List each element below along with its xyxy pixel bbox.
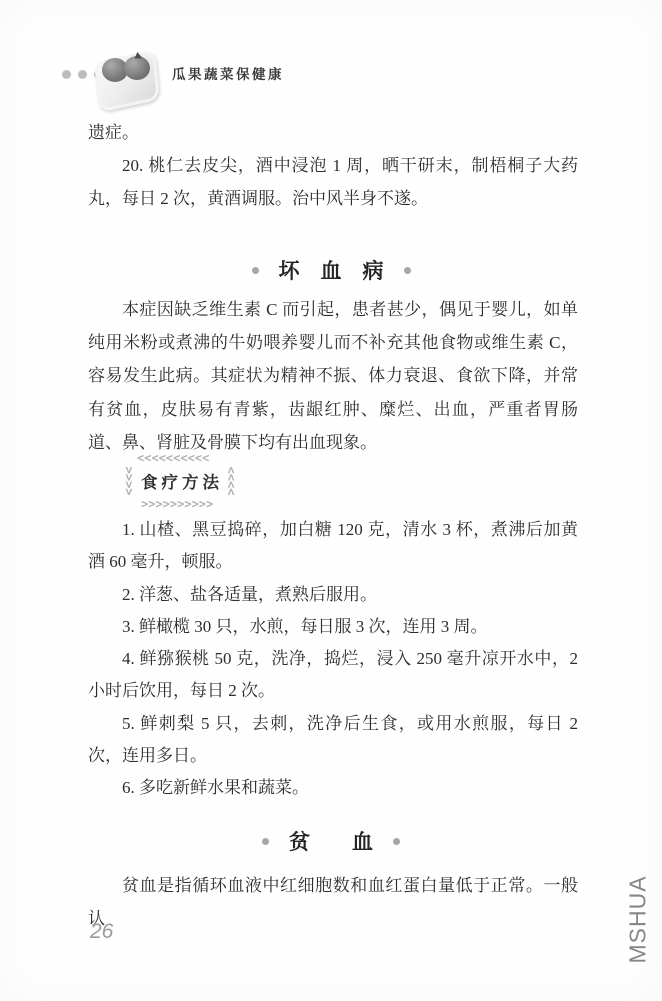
- page-number: 26: [90, 920, 113, 944]
- remedy-item: 1. 山楂、黑豆捣碎，加白糖 120 克，清水 3 杯，煮沸后加黄酒 60 毫升…: [88, 514, 578, 579]
- remedy-item: 4. 鲜猕猴桃 50 克，洗净，捣烂，浸入 250 毫升凉开水中，2 小时后饮用…: [88, 643, 578, 708]
- section-title: 贫 血: [289, 826, 373, 856]
- remedies-list: 1. 山楂、黑豆捣碎，加白糖 120 克，清水 3 杯，煮沸后加黄酒 60 毫升…: [88, 514, 578, 805]
- running-header-title: 瓜果蔬菜保健康: [172, 63, 284, 83]
- remedy-item-20: 20. 桃仁去皮尖，酒中浸泡 1 周，晒干研末，制梧桐子大药丸，每日 2 次，黄…: [88, 149, 578, 215]
- anemia-description: 贫血是指循环血液中红细胞数和血红蛋白量低于正常。一般认: [88, 869, 578, 935]
- scurvy-description: 本症因缺乏维生素 C 而引起，患者甚少，偶见于婴儿，如单纯用米粉或煮沸的牛奶喂养…: [88, 293, 578, 459]
- paragraph-continuation: 遗症。: [88, 116, 578, 149]
- intro-paragraphs: 遗症。 20. 桃仁去皮尖，酒中浸泡 1 周，晒干研末，制梧桐子大药丸，每日 2…: [88, 116, 578, 215]
- tomato-icon: [124, 56, 150, 80]
- remedy-item: 3. 鲜橄榄 30 只，水煎，每日服 3 次，连用 3 周。: [88, 611, 578, 643]
- paragraph: 本症因缺乏维生素 C 而引起，患者甚少，偶见于婴儿，如单纯用米粉或煮沸的牛奶喂养…: [88, 293, 578, 459]
- edge-watermark: MSHUA: [625, 880, 652, 964]
- dot-icon: [62, 70, 71, 79]
- paragraph: 贫血是指循环血液中红细胞数和血红蛋白量低于正常。一般认: [88, 869, 578, 935]
- dot-icon: [78, 70, 87, 79]
- fruit-plate-icon: [90, 46, 170, 118]
- diet-therapy-badge-label: 食疗方法: [124, 456, 236, 506]
- section-heading-anemia: 贫 血: [0, 826, 662, 856]
- heading-dot-left-icon: [252, 267, 259, 274]
- remedy-item: 6. 多吃新鲜水果和蔬菜。: [88, 772, 578, 804]
- section-title: 坏 血 病: [279, 255, 384, 285]
- remedy-item: 2. 洋葱、盐各适量，煮熟后服用。: [88, 579, 578, 611]
- heading-dot-right-icon: [404, 267, 411, 274]
- heading-dot-right-icon: [393, 838, 400, 845]
- book-page: 瓜果蔬菜保健康 遗症。 20. 桃仁去皮尖，酒中浸泡 1 周，晒干研末，制梧桐子…: [0, 0, 662, 1001]
- diet-therapy-badge: <<<<<<<<<< >>>>>>>>>> >>>> >>>> 食疗方法: [124, 456, 236, 506]
- remedy-item: 5. 鲜刺梨 5 只，去刺，洗净后生食，或用水煎服，每日 2 次，连用多日。: [88, 708, 578, 773]
- heading-dot-left-icon: [262, 838, 269, 845]
- section-heading-scurvy: 坏 血 病: [0, 255, 662, 285]
